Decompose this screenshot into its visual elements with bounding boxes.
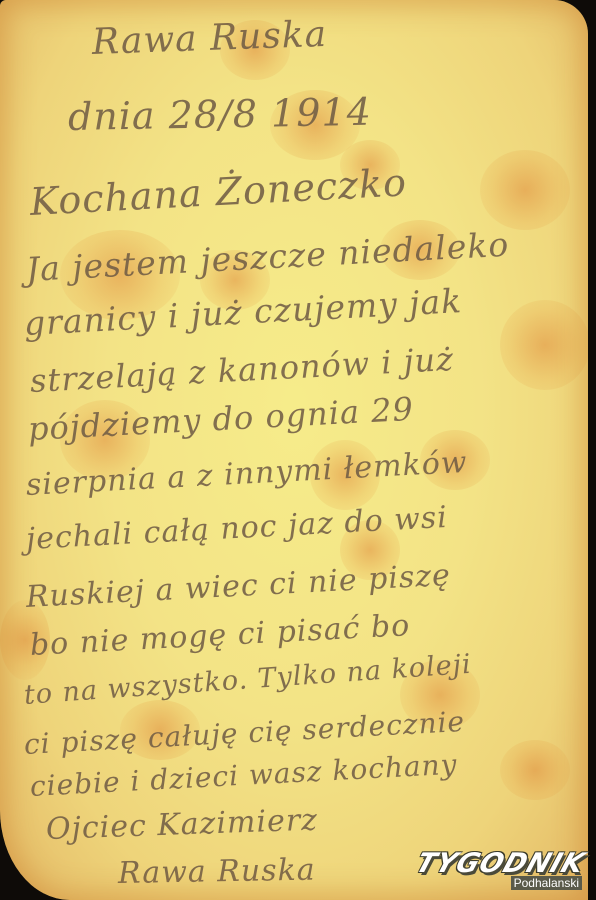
handwriting-line: Ruskiej a wiec ci nie piszę [25,558,452,615]
postcard: Rawa Ruska dnia 28/8 1914 Kochana Żonecz… [0,0,588,900]
handwriting-line: Ojciec Kazimierz [45,803,318,847]
handwriting-line: granicy i już czujemy jak [23,281,463,343]
handwriting-line: Kochana Żoneczko [29,160,408,224]
handwriting-line: Rawa Ruska [118,853,316,891]
handwriting-line: sierpnia a z innymi łemków [25,445,468,503]
handwriting-line: Rawa Ruska [91,14,327,63]
watermark-logo: TYGODNIK Podhalanski [412,848,590,894]
handwriting-line: dnia 28/8 1914 [68,90,373,139]
handwriting-line: jechali całą noc jaz do wsi [25,500,449,557]
handwriting-line: pójdziemy do ognia 29 [27,390,415,448]
watermark-brand: TYGODNIK [412,848,589,879]
handwriting-line: bo nie mogę ci pisać bo [29,608,411,663]
handwriting-line: Ja jestem jeszcze niedaleko [25,225,510,289]
watermark-subtitle: Podhalanski [511,876,582,890]
